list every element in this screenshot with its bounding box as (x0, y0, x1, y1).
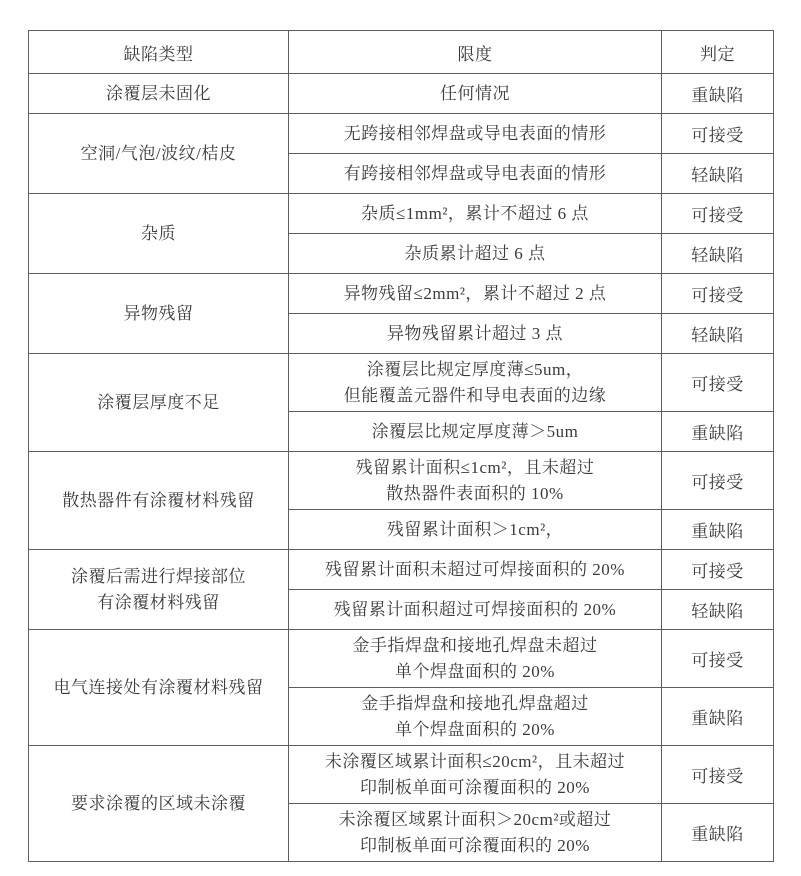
header-limit: 限度 (289, 31, 662, 74)
cell-text-line: 单个焊盘面积的 20% (293, 717, 657, 743)
verdict-cell: 可接受 (662, 274, 774, 314)
cell-text-line: 散热器件有涂覆材料残留 (33, 488, 284, 514)
cell-text-line: 未涂覆区域累计面积≤20cm²，且未超过 (293, 749, 657, 775)
table-row: 异物残留异物残留≤2mm²，累计不超过 2 点可接受 (29, 274, 774, 314)
table-row: 散热器件有涂覆材料残留残留累计面积≤1cm²，且未超过散热器件表面积的 10%可… (29, 452, 774, 510)
cell-text-line: 但能覆盖元器件和导电表面的边缘 (293, 383, 657, 409)
limit-cell: 残留累计面积＞1cm²， (289, 510, 662, 550)
cell-text-line: 杂质≤1mm²，累计不超过 6 点 (293, 201, 657, 227)
cell-text-line: 涂覆层比规定厚度薄＞5um (293, 419, 657, 445)
verdict-cell: 可接受 (662, 550, 774, 590)
category-cell: 散热器件有涂覆材料残留 (29, 452, 289, 550)
header-verdict: 判定 (662, 31, 774, 74)
verdict-cell: 轻缺陷 (662, 314, 774, 354)
cell-text-line: 印制板单面可涂覆面积的 20% (293, 775, 657, 801)
limit-cell: 杂质≤1mm²，累计不超过 6 点 (289, 194, 662, 234)
verdict-cell: 轻缺陷 (662, 234, 774, 274)
verdict-cell: 重缺陷 (662, 74, 774, 114)
header-defect-type: 缺陷类型 (29, 31, 289, 74)
category-cell: 涂覆层未固化 (29, 74, 289, 114)
category-cell: 杂质 (29, 194, 289, 274)
limit-cell: 有跨接相邻焊盘或导电表面的情形 (289, 154, 662, 194)
verdict-cell: 重缺陷 (662, 510, 774, 550)
limit-cell: 未涂覆区域累计面积≤20cm²，且未超过印制板单面可涂覆面积的 20% (289, 746, 662, 804)
table-row: 杂质杂质≤1mm²，累计不超过 6 点可接受 (29, 194, 774, 234)
limit-cell: 涂覆层比规定厚度薄≤5um，但能覆盖元器件和导电表面的边缘 (289, 354, 662, 412)
category-cell: 涂覆后需进行焊接部位有涂覆材料残留 (29, 550, 289, 630)
cell-text-line: 残留累计面积未超过可焊接面积的 20% (293, 557, 657, 583)
category-cell: 电气连接处有涂覆材料残留 (29, 630, 289, 746)
cell-text-line: 涂覆层比规定厚度薄≤5um， (293, 357, 657, 383)
cell-text-line: 有跨接相邻焊盘或导电表面的情形 (293, 161, 657, 187)
category-cell: 涂覆层厚度不足 (29, 354, 289, 452)
limit-cell: 异物残留累计超过 3 点 (289, 314, 662, 354)
table-row: 涂覆层未固化任何情况重缺陷 (29, 74, 774, 114)
cell-text-line: 杂质累计超过 6 点 (293, 241, 657, 267)
verdict-cell: 可接受 (662, 114, 774, 154)
cell-text-line: 涂覆层未固化 (33, 81, 284, 107)
table-row: 涂覆层厚度不足涂覆层比规定厚度薄≤5um，但能覆盖元器件和导电表面的边缘可接受 (29, 354, 774, 412)
category-cell: 异物残留 (29, 274, 289, 354)
cell-text-line: 电气连接处有涂覆材料残留 (33, 675, 284, 701)
cell-text-line: 异物残留 (33, 301, 284, 327)
header-row: 缺陷类型 限度 判定 (29, 31, 774, 74)
table-row: 空洞/气泡/波纹/桔皮无跨接相邻焊盘或导电表面的情形可接受 (29, 114, 774, 154)
cell-text-line: 有涂覆材料残留 (33, 590, 284, 616)
verdict-cell: 可接受 (662, 452, 774, 510)
verdict-cell: 可接受 (662, 630, 774, 688)
category-cell: 要求涂覆的区域未涂覆 (29, 746, 289, 862)
limit-cell: 异物残留≤2mm²，累计不超过 2 点 (289, 274, 662, 314)
cell-text-line: 涂覆后需进行焊接部位 (33, 564, 284, 590)
limit-cell: 任何情况 (289, 74, 662, 114)
limit-cell: 无跨接相邻焊盘或导电表面的情形 (289, 114, 662, 154)
cell-text-line: 异物残留累计超过 3 点 (293, 321, 657, 347)
cell-text-line: 未涂覆区域累计面积＞20cm²或超过 (293, 807, 657, 833)
limit-cell: 金手指焊盘和接地孔焊盘超过单个焊盘面积的 20% (289, 688, 662, 746)
limit-cell: 未涂覆区域累计面积＞20cm²或超过印制板单面可涂覆面积的 20% (289, 804, 662, 862)
limit-cell: 杂质累计超过 6 点 (289, 234, 662, 274)
cell-text-line: 杂质 (33, 221, 284, 247)
limit-cell: 残留累计面积≤1cm²，且未超过散热器件表面积的 10% (289, 452, 662, 510)
cell-text-line: 残留累计面积超过可焊接面积的 20% (293, 597, 657, 623)
category-cell: 空洞/气泡/波纹/桔皮 (29, 114, 289, 194)
cell-text-line: 异物残留≤2mm²，累计不超过 2 点 (293, 281, 657, 307)
cell-text-line: 残留累计面积≤1cm²，且未超过 (293, 455, 657, 481)
cell-text-line: 涂覆层厚度不足 (33, 390, 284, 416)
verdict-cell: 重缺陷 (662, 412, 774, 452)
limit-cell: 涂覆层比规定厚度薄＞5um (289, 412, 662, 452)
cell-text-line: 金手指焊盘和接地孔焊盘未超过 (293, 633, 657, 659)
cell-text-line: 要求涂覆的区域未涂覆 (33, 791, 284, 817)
cell-text-line: 任何情况 (293, 81, 657, 107)
cell-text-line: 空洞/气泡/波纹/桔皮 (33, 141, 284, 167)
limit-cell: 金手指焊盘和接地孔焊盘未超过单个焊盘面积的 20% (289, 630, 662, 688)
defect-limit-table: 缺陷类型 限度 判定 涂覆层未固化任何情况重缺陷空洞/气泡/波纹/桔皮无跨接相邻… (28, 30, 774, 862)
cell-text-line: 无跨接相邻焊盘或导电表面的情形 (293, 121, 657, 147)
table-body: 涂覆层未固化任何情况重缺陷空洞/气泡/波纹/桔皮无跨接相邻焊盘或导电表面的情形可… (29, 74, 774, 862)
limit-cell: 残留累计面积超过可焊接面积的 20% (289, 590, 662, 630)
table-row: 要求涂覆的区域未涂覆未涂覆区域累计面积≤20cm²，且未超过印制板单面可涂覆面积… (29, 746, 774, 804)
verdict-cell: 轻缺陷 (662, 590, 774, 630)
verdict-cell: 可接受 (662, 194, 774, 234)
verdict-cell: 重缺陷 (662, 804, 774, 862)
table-row: 涂覆后需进行焊接部位有涂覆材料残留残留累计面积未超过可焊接面积的 20%可接受 (29, 550, 774, 590)
verdict-cell: 重缺陷 (662, 688, 774, 746)
defect-limit-table-container: 缺陷类型 限度 判定 涂覆层未固化任何情况重缺陷空洞/气泡/波纹/桔皮无跨接相邻… (28, 30, 774, 862)
cell-text-line: 残留累计面积＞1cm²， (293, 517, 657, 543)
cell-text-line: 散热器件表面积的 10% (293, 481, 657, 507)
cell-text-line: 金手指焊盘和接地孔焊盘超过 (293, 691, 657, 717)
cell-text-line: 单个焊盘面积的 20% (293, 659, 657, 685)
table-row: 电气连接处有涂覆材料残留金手指焊盘和接地孔焊盘未超过单个焊盘面积的 20%可接受 (29, 630, 774, 688)
verdict-cell: 轻缺陷 (662, 154, 774, 194)
limit-cell: 残留累计面积未超过可焊接面积的 20% (289, 550, 662, 590)
verdict-cell: 可接受 (662, 354, 774, 412)
cell-text-line: 印制板单面可涂覆面积的 20% (293, 833, 657, 859)
verdict-cell: 可接受 (662, 746, 774, 804)
